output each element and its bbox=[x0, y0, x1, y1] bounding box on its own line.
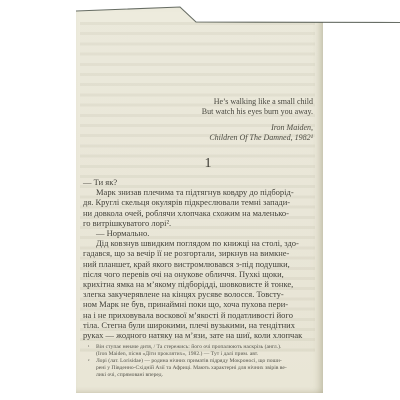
body-text-line: руках — жодного натяку на м’язи, зате на… bbox=[83, 330, 321, 340]
footnote-line: ликі очі, спрямовані вперед. bbox=[96, 372, 319, 379]
body-text-line: злегка закучерявлене на кінцях русяве во… bbox=[83, 289, 321, 299]
body-text-line: на і не приховувала воскової м’якості й … bbox=[83, 310, 321, 320]
epigraph: He’s walking like a small child But watc… bbox=[202, 97, 313, 142]
body-text-line: гадався, що за вечір її не розгортали, з… bbox=[83, 248, 321, 258]
body-text: — Ти як?Марк знизав плечима та підтягнув… bbox=[83, 177, 321, 340]
epigraph-attribution-artist: Iron Maiden, bbox=[202, 123, 313, 133]
body-text-line: Марк знизав плечима та підтягнув ковдру … bbox=[83, 187, 321, 197]
footnote-line: рені у Південно-Східній Азії та Африці. … bbox=[96, 365, 319, 372]
epigraph-lyric-line: But watch his eyes burn you away. bbox=[202, 107, 313, 117]
body-text-line: ни довкола очей, роблячи хлопчака схожим… bbox=[83, 208, 321, 218]
footnote-line: Він ступає неначе дитя, / Та стережись: … bbox=[96, 344, 319, 351]
body-text-line: дя. Круглі скельця окулярів підкреслювал… bbox=[83, 197, 321, 207]
footnote: ¹Він ступає неначе дитя, / Та стережись:… bbox=[83, 344, 319, 358]
body-text-line: після чого перевів очі на онукове обличч… bbox=[83, 269, 321, 279]
body-text-line: — Ти як? bbox=[83, 177, 321, 187]
body-text-line: ном Марк не був, принаймні поки що, хоча… bbox=[83, 299, 321, 309]
footnote-line: Лорі (лат. Lorisidae) — родина нічних пр… bbox=[96, 358, 319, 365]
chapter-number: 1 bbox=[76, 156, 323, 172]
body-text-line: — Нормально. bbox=[83, 228, 321, 238]
footnote-marker: ² bbox=[88, 357, 89, 364]
epigraph-attribution-song: Children Of The Damned, 1982¹ bbox=[202, 133, 313, 143]
footnote-marker: ¹ bbox=[88, 343, 89, 350]
body-text-line: крихітна ямка на м’якому підборідді, шов… bbox=[83, 279, 321, 289]
body-text-line: тіла. Стегна були широкими, плечі вузьки… bbox=[83, 320, 321, 330]
body-text-line: го витрішкуватого лорі². bbox=[83, 218, 321, 228]
body-text-line: ний планшет, край якого вистромлювався з… bbox=[83, 259, 321, 269]
footnote: ²Лорі (лат. Lorisidae) — родина нічних п… bbox=[83, 358, 319, 379]
footnote-line: (Iron Maiden, пісня «Діти проклятих», 19… bbox=[96, 351, 319, 358]
body-text-line: Дід ковзнув швидким поглядом по книжці н… bbox=[83, 238, 321, 248]
page-top-edge-line bbox=[0, 0, 400, 30]
book-photo: He’s walking like a small child But watc… bbox=[0, 0, 400, 400]
epigraph-lyric-line: He’s walking like a small child bbox=[202, 97, 313, 107]
book-page: He’s walking like a small child But watc… bbox=[76, 6, 323, 393]
footnotes: ¹Він ступає неначе дитя, / Та стережись:… bbox=[83, 344, 319, 379]
